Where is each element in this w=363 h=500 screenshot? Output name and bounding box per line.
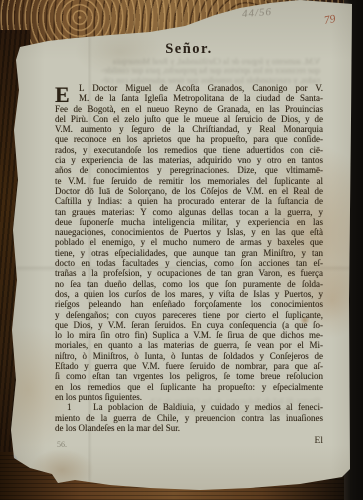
- text-line: V.M. aumento y ſeguro de la Chriſtiandad…: [55, 124, 323, 134]
- text-line: en los remedios que el ſuplicante ha pro…: [55, 382, 323, 392]
- text-line: ſi como eſtan tan vrgentes los peligros,…: [55, 371, 323, 381]
- bleedthrough-line: Doctor dō Iuā de Solorçano, de los Cōſej…: [150, 396, 320, 406]
- text-line: rados, y executandoſe los remedios que t…: [55, 145, 323, 155]
- bleedthrough-line: Caſtilla y Indias: a quien ha procurado …: [150, 406, 320, 416]
- text-line: que reconoce en los aprietos que ha prop…: [55, 134, 323, 144]
- document-page: 44/56 79 Señor. V.M. aumento y ſeguro de…: [0, 0, 363, 500]
- text-line: moriales, en quanto a las materias de gu…: [55, 340, 323, 350]
- text-line: L Doctor Miguel de Acoſta Granados, Cano…: [55, 83, 323, 93]
- text-line: cia y experiencia de las materias, adqui…: [55, 155, 323, 165]
- text-line: no ſea tan dueño dellas, como los que ſo…: [55, 279, 323, 289]
- text-line: tan graues materias: Y como algunas dell…: [55, 207, 323, 217]
- text-line: niſtro, ò Miniſtros, ò Iunta, ò Iuntas d…: [55, 351, 323, 361]
- text-line: poblado el enemigo, y el mucho numero de…: [55, 237, 323, 247]
- verso-bleedthrough-text: V.M. aumento y ſeguro de la Chriſtiandad…: [58, 57, 320, 85]
- text-line: M. de la ſanta Igleſia Metropolitana de …: [55, 93, 323, 103]
- text-line: nauegaciones, conocimientos de Puertos y…: [55, 227, 323, 237]
- text-line: deue ſuponerſe mucha inteligencia milita…: [55, 217, 323, 227]
- main-text-block: E L Doctor Miguel de Acoſta Granados, Ca…: [55, 83, 323, 433]
- text-line: dos, a quien los curſos de los mares, y …: [55, 289, 323, 299]
- catchword: El: [55, 436, 323, 446]
- text-line: Eſtado y guerra que V.M. fuere ſeruido d…: [55, 361, 323, 371]
- text-line: tiene, y otras eſpecialidades, que aunqu…: [55, 248, 323, 258]
- salutation-heading: Señor.: [55, 41, 323, 58]
- photograph-of-document: 44/56 79 Señor. V.M. aumento y ſeguro de…: [0, 0, 363, 500]
- text-line: Caſtilla y Indias: a quien ha procurado …: [55, 196, 323, 206]
- text-line: Doctor dō Iuā de Solorçano, de los Cōſej…: [55, 186, 323, 196]
- pencil-shelfmark: 44/56: [242, 6, 273, 20]
- text-line: que Dios, y V.M. ſeran ſeruidos. En cuya…: [55, 320, 323, 330]
- text-line: docto en todas facultades y ciencias, co…: [55, 258, 323, 268]
- text-line: Fee de Bogotà, en el nueuo Reyno de Gran…: [55, 104, 323, 114]
- text-line: rieſgos peleando han enſeñado forçoſamen…: [55, 299, 323, 309]
- folio-number-handwritten: 79: [323, 13, 336, 27]
- drop-cap-initial: E: [55, 85, 70, 104]
- text-line: lo lo mira ſin otro fin) Suplica a V.M. …: [55, 330, 323, 340]
- text-line: y deſengaños; con cuyos pareceres tiene …: [55, 310, 323, 320]
- verso-bleedthrough-text-lower: Doctor dō Iuā de Solorçano, de los Cōſej…: [150, 396, 320, 416]
- text-line: años de conocimientos y peregrinaciones.…: [55, 165, 323, 175]
- text-line: trañas a la profeſsion, y ocupaciones de…: [55, 268, 323, 278]
- text-line: te V.M. fue ſeruido de remitir los memor…: [55, 176, 323, 186]
- body-paragraph: L Doctor Miguel de Acoſta Granados, Cano…: [55, 83, 323, 402]
- text-line: de los Olandeſes en la mar del Sur.: [55, 423, 323, 433]
- text-line: del Pirù. Con el zelo juſto que le mueue…: [55, 114, 323, 124]
